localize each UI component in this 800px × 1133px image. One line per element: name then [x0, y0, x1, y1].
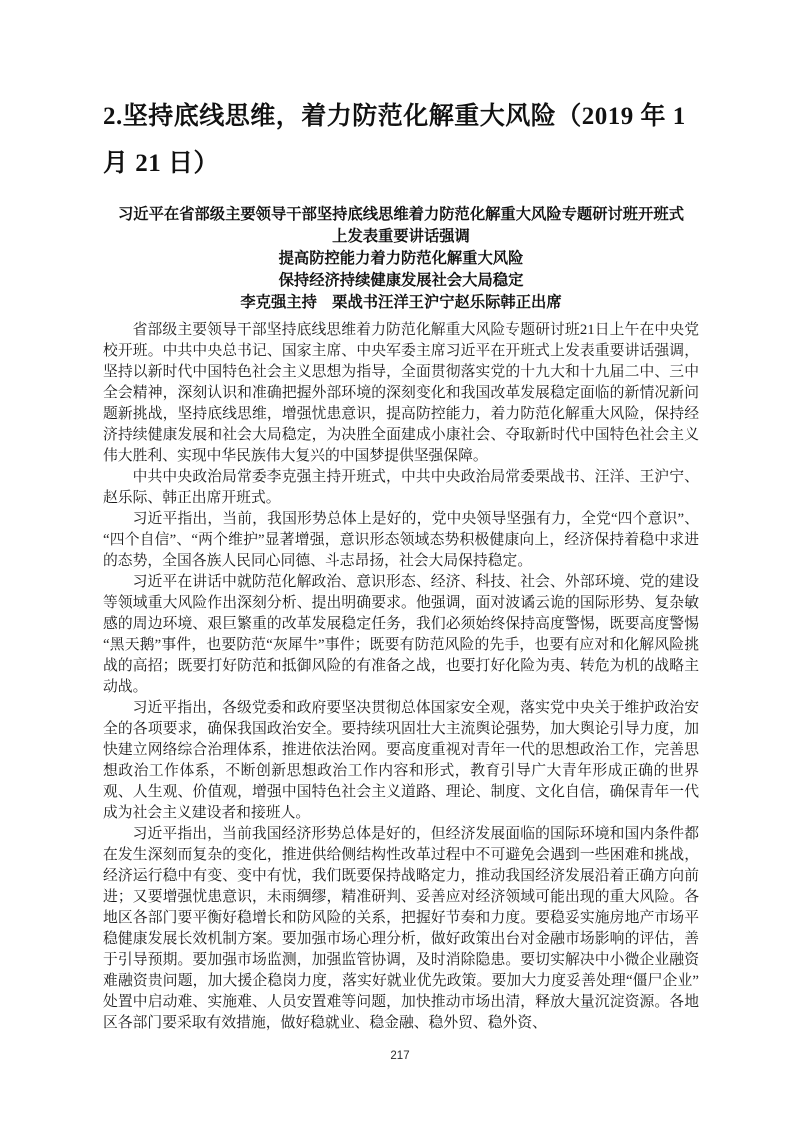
page-number: 217	[0, 1050, 800, 1062]
headline-line-4: 保持经济持续健康发展社会大局稳定	[103, 270, 699, 292]
headline-line-1: 习近平在省部级主要领导干部坚持底线思维着力防范化解重大风险专题研讨班开班式	[103, 204, 699, 226]
headline-line-5: 李克强主持 栗战书汪洋王沪宁赵乐际韩正出席	[103, 292, 699, 314]
body-paragraph-1: 省部级主要领导干部坚持底线思维着力防范化解重大风险专题研讨班21日上午在中央党校…	[103, 320, 699, 467]
body-paragraph-3: 习近平指出，当前，我国形势总体上是好的，党中央领导坚强有力，全党“四个意识”、“…	[103, 509, 699, 572]
headline-line-2: 上发表重要讲话强调	[103, 226, 699, 248]
body-paragraph-5: 习近平指出，各级党委和政府要坚决贯彻总体国家安全观，落实党中央关于维护政治安全的…	[103, 698, 699, 824]
document-title-line-2: 月 21 日）	[103, 140, 699, 187]
document-content: 2.坚持底线思维，着力防范化解重大风险（2019 年 1 月 21 日） 习近平…	[103, 0, 699, 1034]
document-page: 2.坚持底线思维，着力防范化解重大风险（2019 年 1 月 21 日） 习近平…	[0, 0, 800, 1133]
body-paragraph-2: 中共中央政治局常委李克强主持开班式，中共中央政治局常委栗战书、汪洋、王沪宁、赵乐…	[103, 467, 699, 509]
document-title: 2.坚持底线思维，着力防范化解重大风险（2019 年 1 月 21 日）	[103, 93, 699, 187]
article-headline: 习近平在省部级主要领导干部坚持底线思维着力防范化解重大风险专题研讨班开班式 上发…	[103, 204, 699, 314]
article-body: 省部级主要领导干部坚持底线思维着力防范化解重大风险专题研讨班21日上午在中央党校…	[103, 320, 699, 1034]
body-paragraph-6: 习近平指出，当前我国经济形势总体是好的，但经济发展面临的国际环境和国内条件都在发…	[103, 824, 699, 1034]
body-paragraph-4: 习近平在讲话中就防范化解政治、意识形态、经济、科技、社会、外部环境、党的建设等领…	[103, 572, 699, 698]
headline-line-3: 提高防控能力着力防范化解重大风险	[103, 248, 699, 270]
document-title-line-1: 2.坚持底线思维，着力防范化解重大风险（2019 年 1	[103, 93, 699, 140]
